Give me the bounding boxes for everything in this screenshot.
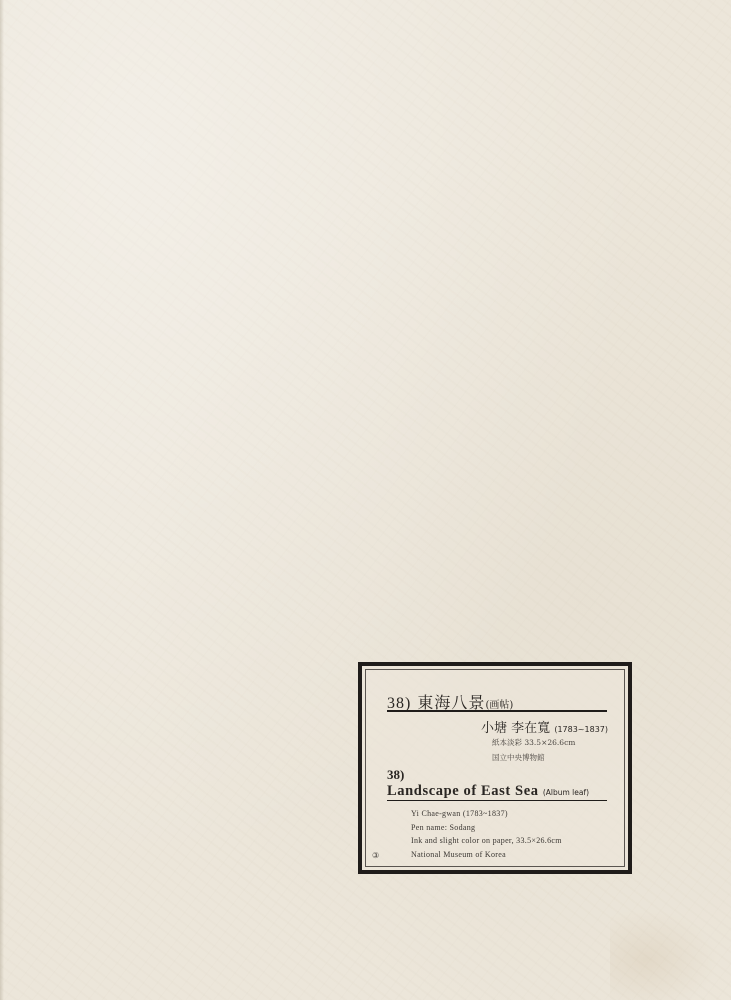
en-museum: National Museum of Korea (411, 850, 506, 859)
water-stain (610, 900, 730, 1000)
zh-museum: 国立中央博物館 (492, 752, 545, 763)
zh-artist-name: 小塘 李在寬 (481, 721, 550, 736)
zh-title-rule (387, 710, 607, 712)
zh-artist: 小塘 李在寬 (1783~1837) (481, 717, 608, 736)
page-edge (0, 0, 4, 1000)
en-medium: Ink and slight color on paper, 33.5×26.6… (411, 836, 562, 845)
en-title: Landscape of East Sea (Album leaf) (387, 783, 589, 800)
en-title-rule (387, 800, 607, 801)
en-title-note: (Album leaf) (543, 788, 589, 797)
en-pen-name: Pen name: Sodang (411, 823, 475, 832)
artwork-caption-box: 38) 東海八景(画帖) 小塘 李在寬 (1783~1837) 紙本淡彩 33.… (358, 662, 632, 874)
en-artist: Yi Chae-gwan (1783~1837) (411, 809, 508, 818)
en-title-text: Landscape of East Sea (387, 783, 539, 799)
zh-medium: 紙本淡彩 33.5×26.6cm (492, 737, 575, 748)
circled-number-marker: ③ (372, 851, 379, 860)
zh-artist-years: (1783~1837) (554, 725, 608, 734)
en-plate-number: 38) (387, 767, 404, 783)
